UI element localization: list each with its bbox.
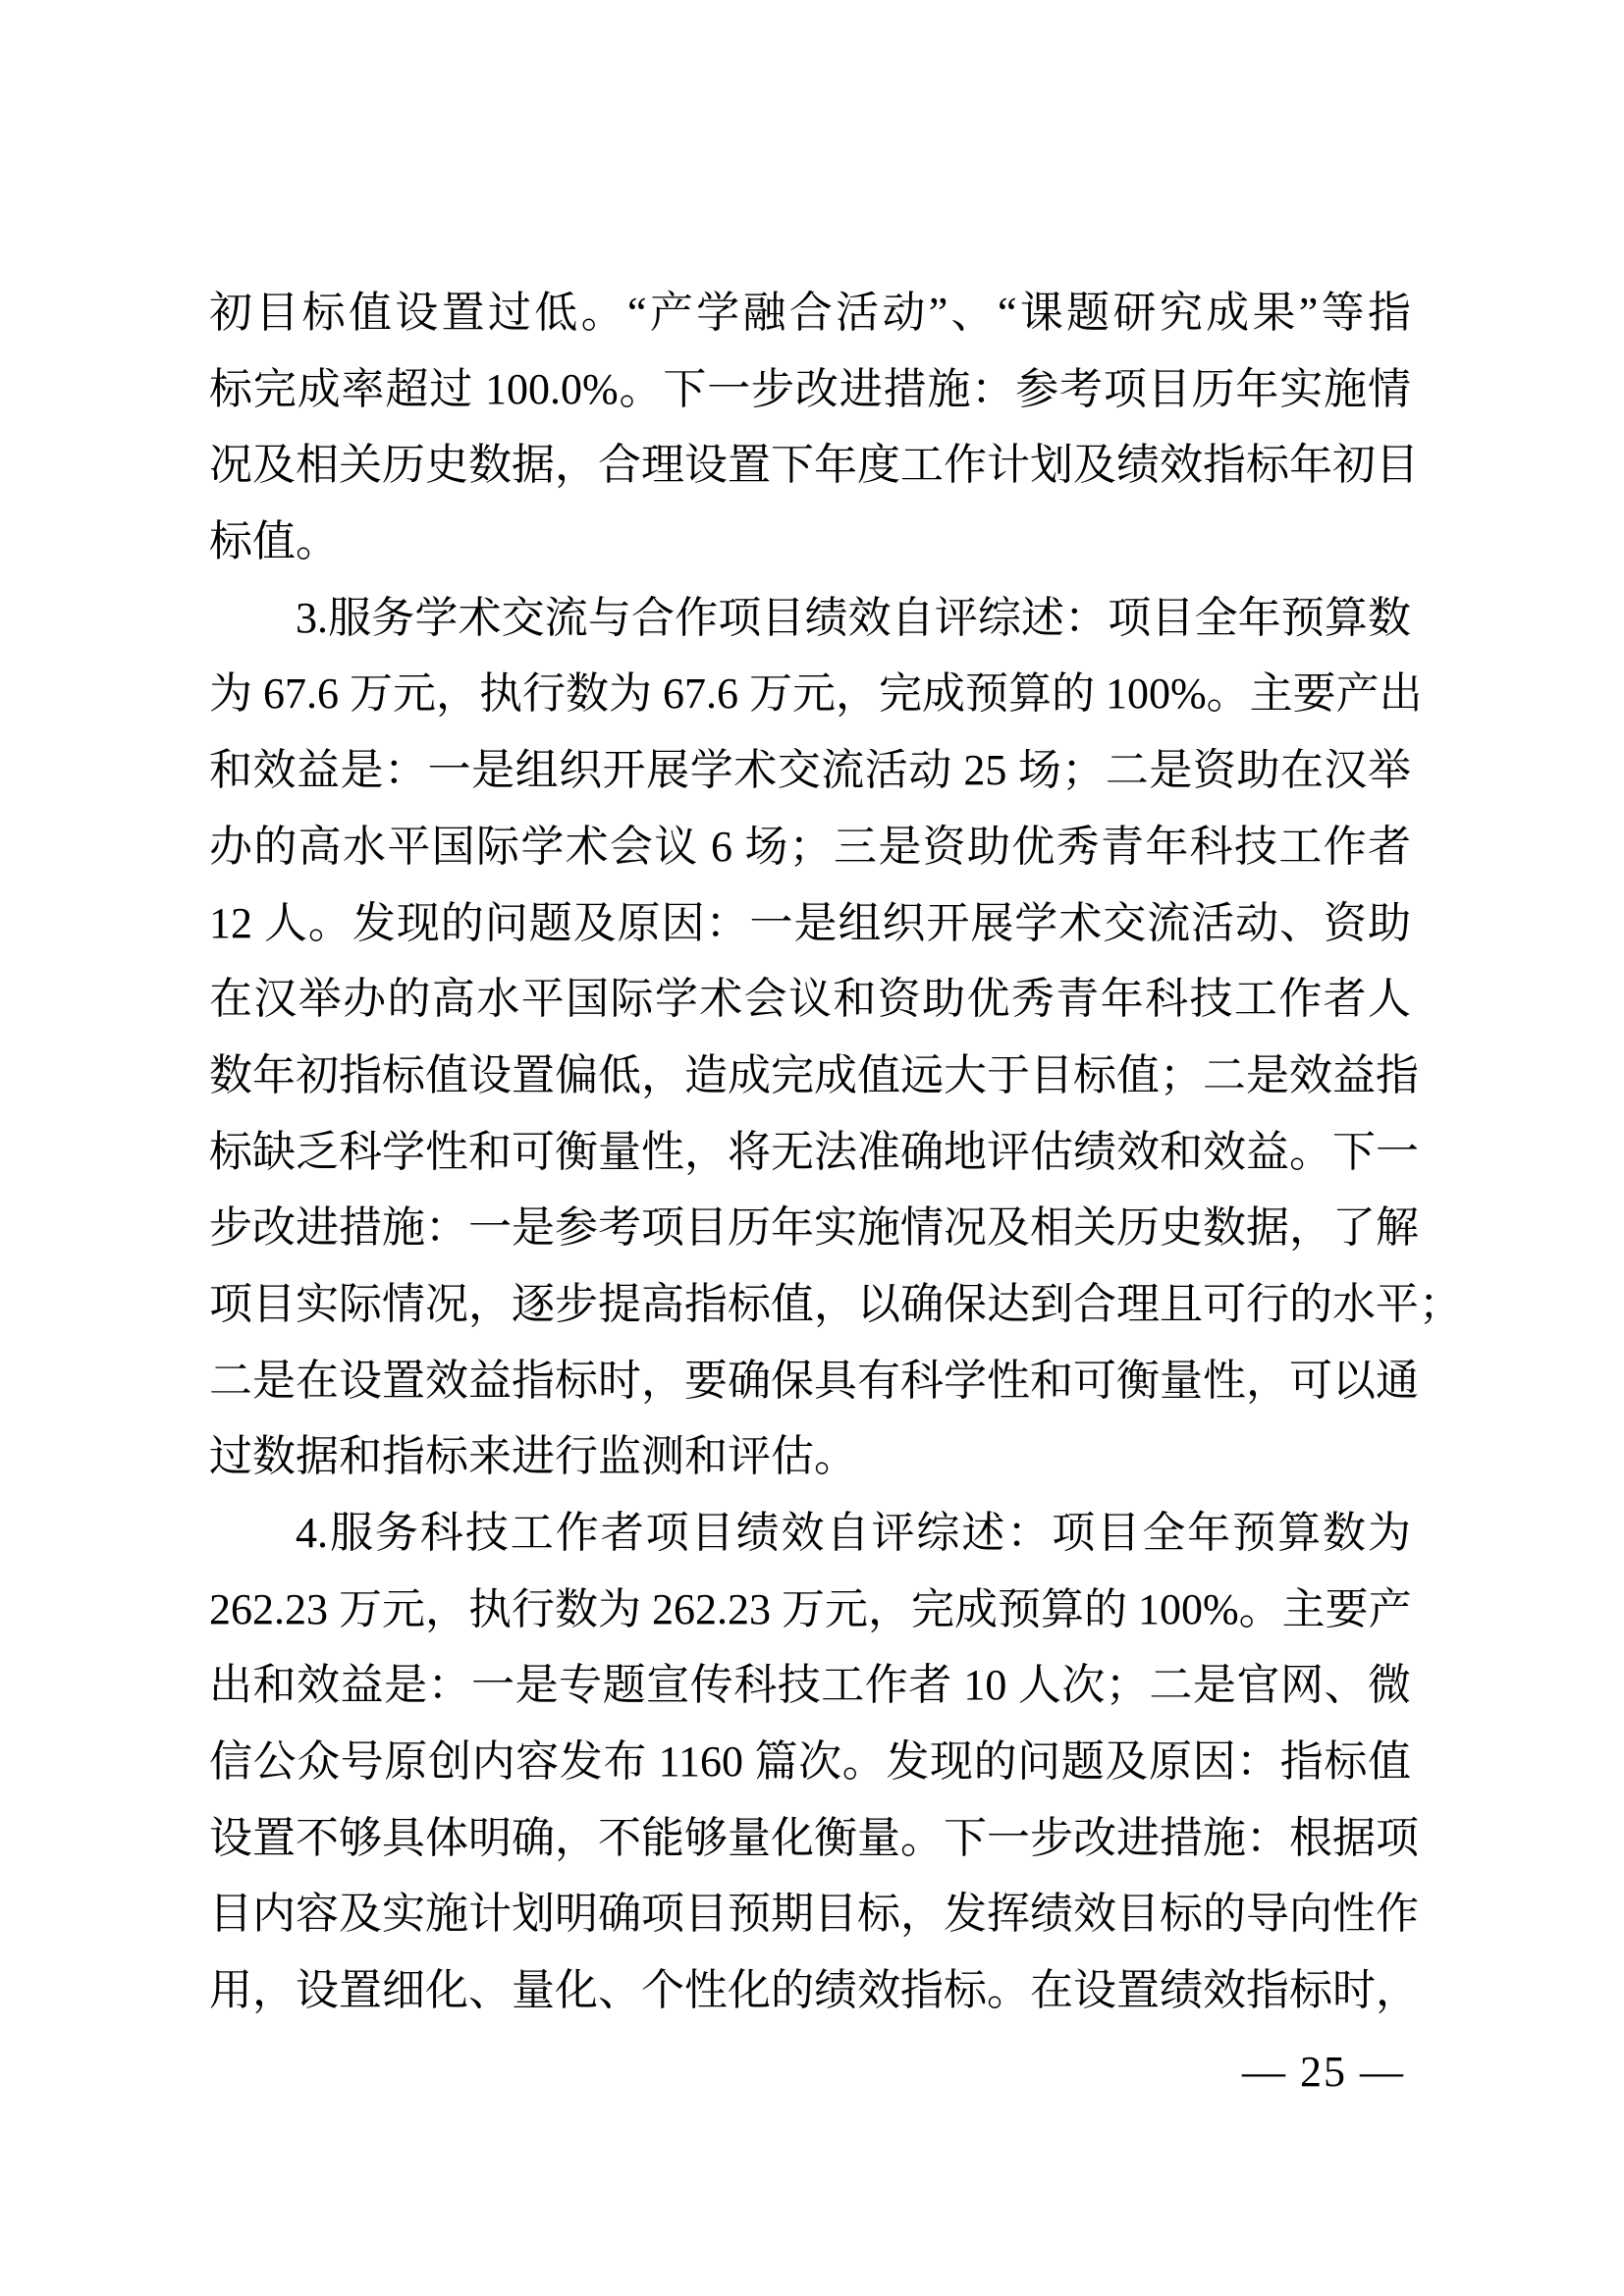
text-line: 262.23 万元，执行数为 262.23 万元，完成预算的 100%。主要产 <box>209 1572 1411 1648</box>
text-line: 初目标值设置过低。“产学融合活动”、“课题研究成果”等指 <box>209 275 1411 351</box>
text-line: 数年初指标值设置偏低，造成完成值远大于目标值；二是效益指 <box>209 1038 1411 1114</box>
text-line: 标完成率超过 100.0%。下一步改进措施：参考项目历年实施情 <box>209 351 1411 428</box>
text-line: 二是在设置效益指标时，要确保具有科学性和可衡量性，可以通 <box>209 1343 1411 1419</box>
text-line: 3.服务学术交流与合作项目绩效自评综述：项目全年预算数 <box>209 580 1411 657</box>
text-line: 办的高水平国际学术会议 6 场；三是资助优秀青年科技工作者 <box>209 809 1411 885</box>
text-line: 12 人。发现的问题及原因：一是组织开展学术交流活动、资助 <box>209 885 1411 962</box>
text-line: 信公众号原创内容发布 1160 篇次。发现的问题及原因：指标值 <box>209 1724 1411 1800</box>
text-line: 出和效益是：一是专题宣传科技工作者 10 人次；二是官网、微 <box>209 1647 1411 1724</box>
text-line: 和效益是：一是组织开展学术交流活动 25 场；二是资助在汉举 <box>209 732 1411 809</box>
text-line: 况及相关历史数据，合理设置下年度工作计划及绩效指标年初目 <box>209 427 1411 504</box>
text-line: 4.服务科技工作者项目绩效自评综述：项目全年预算数为 <box>209 1495 1411 1572</box>
text-line: 过数据和指标来进行监测和评估。 <box>209 1418 1411 1495</box>
text-line: 在汉举办的高水平国际学术会议和资助优秀青年科技工作者人 <box>209 961 1411 1038</box>
document-page: 初目标值设置过低。“产学融合活动”、“课题研究成果”等指标完成率超过 100.0… <box>0 0 1624 2296</box>
text-line: 用，设置细化、量化、个性化的绩效指标。在设置绩效指标时， <box>209 1952 1411 2029</box>
page-number: — 25 — <box>1242 2048 1405 2096</box>
text-line: 项目实际情况，逐步提高指标值，以确保达到合理且可行的水平； <box>209 1266 1411 1343</box>
text-line: 设置不够具体明确，不能够量化衡量。下一步改进措施：根据项 <box>209 1800 1411 1877</box>
text-line: 标缺乏科学性和可衡量性，将无法准确地评估绩效和效益。下一 <box>209 1114 1411 1191</box>
text-line: 标值。 <box>209 504 1411 580</box>
text-line: 目内容及实施计划明确项目预期目标，发挥绩效目标的导向性作 <box>209 1876 1411 1952</box>
text-line: 步改进措施：一是参考项目历年实施情况及相关历史数据，了解 <box>209 1190 1411 1266</box>
page-footer: — 25 — <box>1242 2048 1405 2097</box>
text-line: 为 67.6 万元，执行数为 67.6 万元，完成预算的 100%。主要产出 <box>209 656 1411 732</box>
document-body: 初目标值设置过低。“产学融合活动”、“课题研究成果”等指标完成率超过 100.0… <box>209 275 1411 2029</box>
